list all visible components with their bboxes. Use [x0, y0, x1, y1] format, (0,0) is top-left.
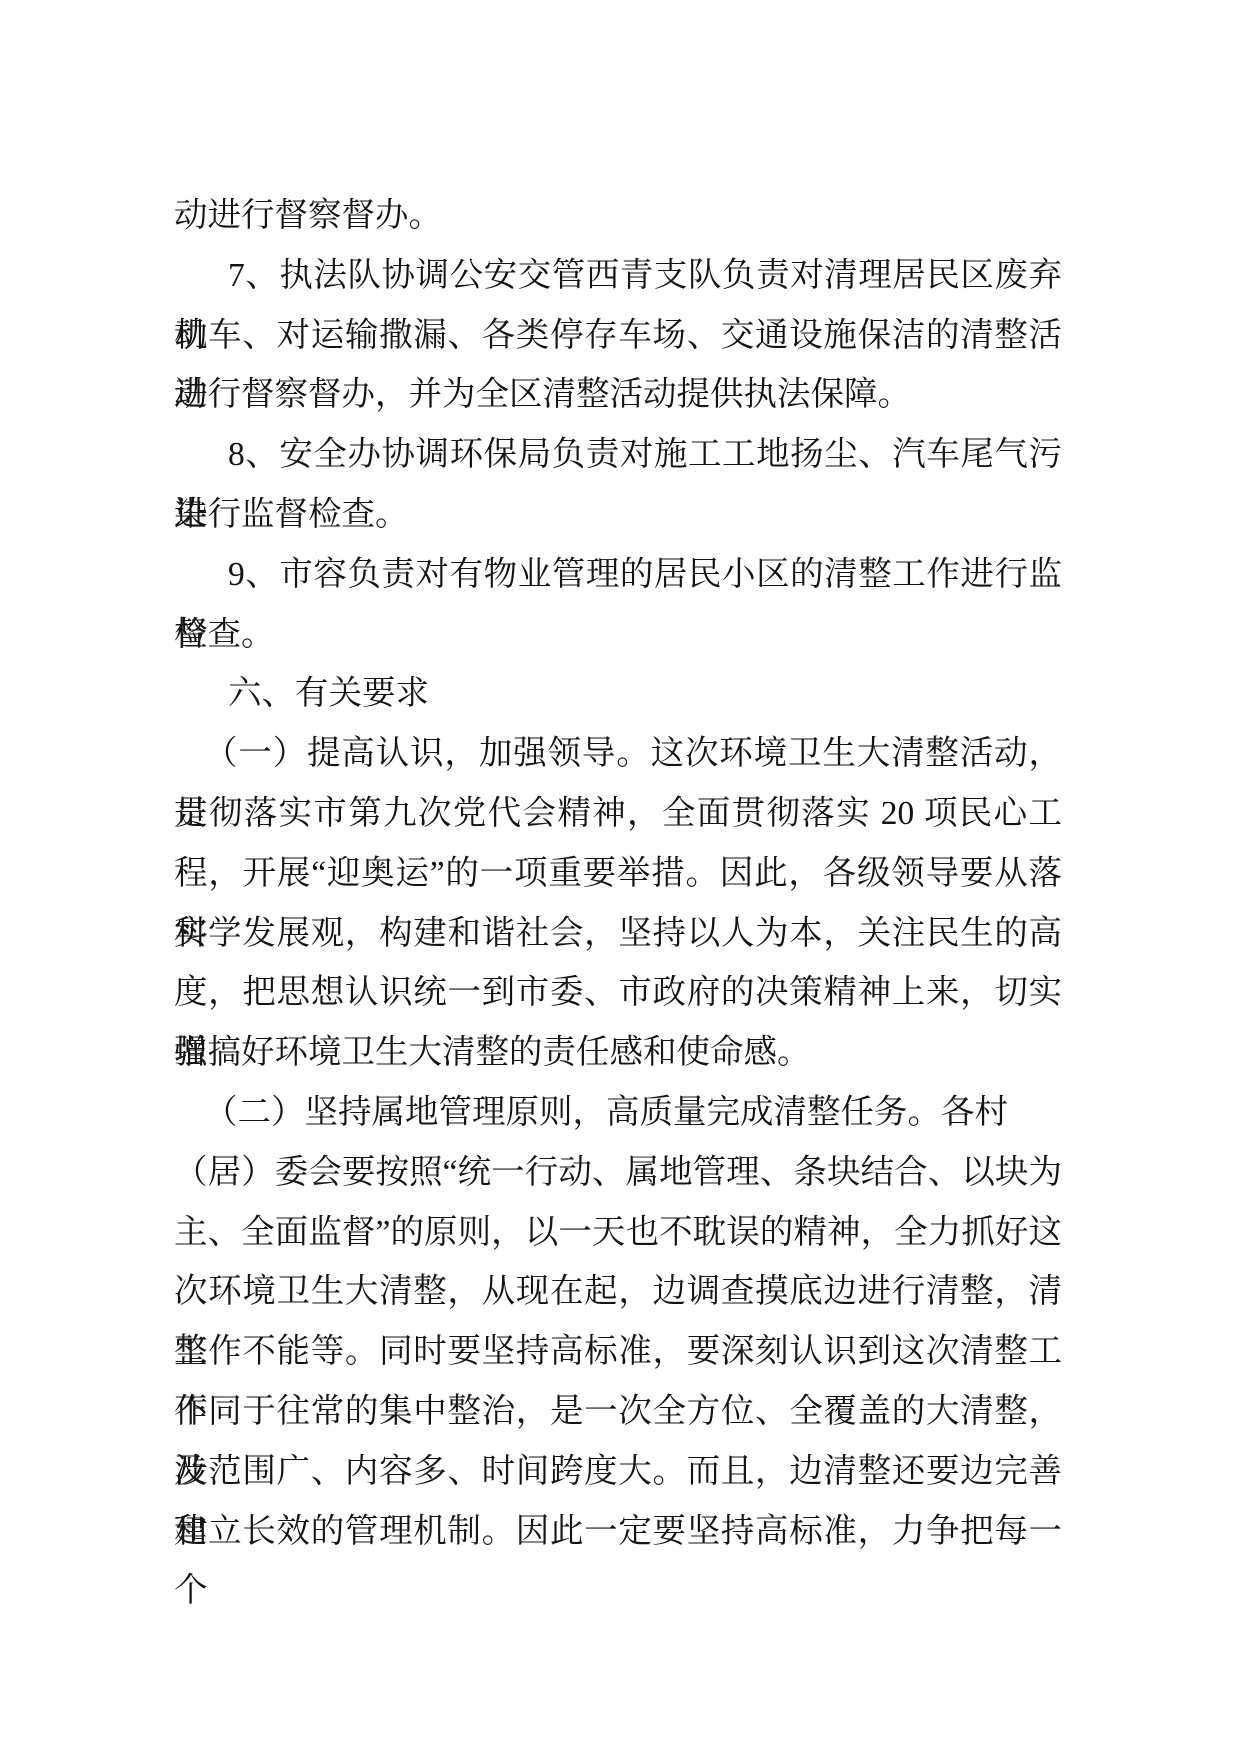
document-body: 动进行督察督办。7、执法队协调公安交管西青支队负责对清理居民区废弃机动车、对运输…	[174, 186, 1062, 1561]
text-line: 建立长效的管理机制。因此一定要坚持高标准，力争把每一个	[174, 1502, 1062, 1562]
text-line: 7、执法队协调公安交管西青支队负责对清理居民区废弃机	[174, 246, 1062, 306]
text-line: 工作不能等。同时要坚持高标准，要深刻认识到这次清整工作	[174, 1322, 1062, 1382]
text-line: 程，开展“迎奥运”的一项重要举措。因此，各级领导要从落实	[174, 844, 1062, 904]
text-line: （居）委会要按照“统一行动、属地管理、条块结合、以块为	[174, 1143, 1062, 1203]
text-line: 次环境卫生大清整，从现在起，边调查摸底边进行清整，清整	[174, 1262, 1062, 1322]
text-line: 贯彻落实市第九次党代会精神，全面贯彻落实 20 项民心工	[174, 784, 1062, 844]
text-line: （一）提高认识，加强领导。这次环境卫生大清整活动，是	[174, 724, 1062, 784]
text-line: 及范围广、内容多、时间跨度大。而且，边清整还要边完善和	[174, 1442, 1062, 1502]
text-line: 9、市容负责对有物业管理的居民小区的清整工作进行监督	[174, 545, 1062, 605]
document-page: 动进行督察督办。7、执法队协调公安交管西青支队负责对清理居民区废弃机动车、对运输…	[0, 0, 1241, 1754]
text-line: 强搞好环境卫生大清整的责任感和使命感。	[174, 1023, 1062, 1083]
text-line: 进行监督检查。	[174, 485, 1062, 545]
text-line: 科学发展观，构建和谐社会，坚持以人为本，关注民生的高	[174, 904, 1062, 964]
text-line: 检查。	[174, 605, 1062, 665]
text-line: 8、安全办协调环保局负责对施工工地扬尘、汽车尾气污染	[174, 425, 1062, 485]
text-line: 动进行督察督办。	[174, 186, 1062, 246]
text-line: 六、有关要求	[174, 664, 1062, 724]
text-line: 进行督察督办，并为全区清整活动提供执法保障。	[174, 365, 1062, 425]
text-line: 不同于往常的集中整治，是一次全方位、全覆盖的大清整，涉	[174, 1382, 1062, 1442]
text-line: （二）坚持属地管理原则，高质量完成清整任务。各村	[174, 1083, 1062, 1143]
text-line: 动车、对运输撒漏、各类停存车场、交通设施保洁的清整活动	[174, 306, 1062, 366]
text-line: 主、全面监督”的原则，以一天也不耽误的精神，全力抓好这	[174, 1203, 1062, 1263]
text-line: 度，把思想认识统一到市委、市政府的决策精神上来，切实增	[174, 963, 1062, 1023]
